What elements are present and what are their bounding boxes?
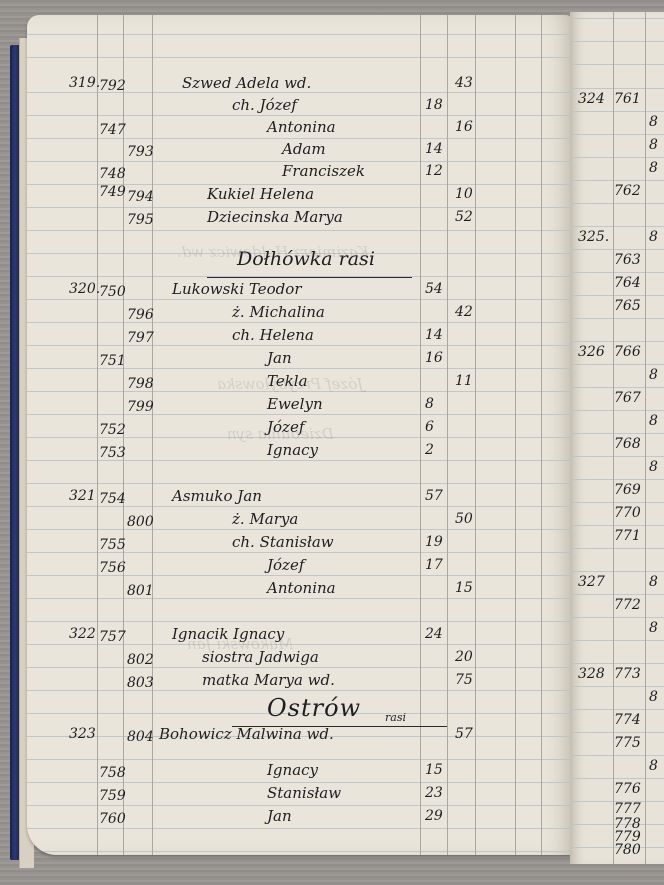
house-number: 323 (69, 725, 96, 743)
male-entry-number: 792 (99, 77, 126, 95)
entry-number: 770 (614, 504, 641, 522)
female-entry-number: 798 (127, 375, 154, 393)
entry-number: 776 (614, 780, 641, 798)
village-heading: Ostrów (267, 699, 361, 717)
entry-number-cut: 8 (649, 757, 658, 775)
male-entry-number: 759 (99, 787, 126, 805)
entry-number-cut: 8 (649, 458, 658, 476)
female-age: 57 (455, 725, 473, 743)
heading-underline (207, 277, 412, 278)
entry-number: 766 (614, 343, 641, 361)
male-age: 6 (425, 418, 434, 436)
female-entry-number: 796 (127, 306, 154, 324)
male-age: 16 (425, 349, 443, 367)
entry-number: 762 (614, 182, 641, 200)
house-number: 321 (69, 487, 96, 505)
male-age: 23 (425, 784, 443, 802)
entry-number: 772 (614, 596, 641, 614)
female-entry-number: 802 (127, 651, 154, 669)
village-heading-suffix: rasi (385, 709, 406, 727)
person-name: Ignacy (267, 441, 318, 459)
male-age: 18 (425, 96, 443, 114)
person-name: Asmuko Jan (172, 487, 262, 505)
female-age: 50 (455, 510, 473, 528)
column-rule (475, 15, 476, 855)
entry-number-cut: 8 (649, 688, 658, 706)
male-age: 19 (425, 533, 443, 551)
person-name: ż. Marya (232, 510, 298, 528)
entry-number-cut: 8 (649, 113, 658, 131)
person-name: ch. Józef (232, 96, 297, 114)
person-name: ch. Helena (232, 326, 314, 344)
entry-number-cut: 8 (649, 412, 658, 430)
male-age: 8 (425, 395, 434, 413)
male-age: 54 (425, 280, 443, 298)
male-entry-number: 747 (99, 121, 126, 139)
entry-number-cut: 8 (649, 228, 658, 246)
female-age: 42 (455, 303, 473, 321)
male-age: 17 (425, 556, 443, 574)
male-age: 15 (425, 761, 443, 779)
column-rule (645, 12, 646, 864)
entry-number: 771 (614, 527, 641, 545)
person-name: Tekla (267, 372, 308, 390)
house-number: 327 (578, 573, 605, 591)
entry-number-cut: 8 (649, 159, 658, 177)
female-entry-number: 799 (127, 398, 154, 416)
entry-number: 767 (614, 389, 641, 407)
male-age: 2 (425, 441, 434, 459)
person-name: Jan (267, 807, 292, 825)
house-number: 326 (578, 343, 605, 361)
left-ledger-page: Kazimierz Hołdowicz wd. Józef Przybyłows… (27, 15, 572, 855)
column-rule (515, 15, 516, 855)
person-name: Dziecinska Marya (207, 208, 343, 226)
village-heading: Dołhówka rasi (237, 250, 375, 268)
entry-number: 763 (614, 251, 641, 269)
column-rule (420, 15, 421, 855)
male-entry-number: 754 (99, 490, 126, 508)
female-age: 52 (455, 208, 473, 226)
female-entry-number: 793 (127, 143, 154, 161)
female-entry-number: 804 (127, 728, 154, 746)
house-number: 325. (578, 228, 609, 246)
person-name: Lukowski Teodor (172, 280, 302, 298)
female-entry-number: 801 (127, 582, 154, 600)
female-entry-number: 797 (127, 329, 154, 347)
person-name: Józef (267, 556, 304, 574)
female-age: 15 (455, 579, 473, 597)
male-entry-number: 760 (99, 810, 126, 828)
person-name: Ignacy (267, 761, 318, 779)
person-name: Bohowicz Malwina wd. (159, 725, 334, 743)
female-entry-number: 800 (127, 513, 154, 531)
entry-number: 765 (614, 297, 641, 315)
female-age: 20 (455, 648, 473, 666)
female-entry-number: 795 (127, 211, 154, 229)
person-name: siostra Jadwiga (202, 648, 319, 666)
male-entry-number: 749 (99, 183, 126, 201)
male-age: 29 (425, 807, 443, 825)
person-name: Antonina (267, 579, 336, 597)
male-entry-number: 757 (99, 628, 126, 646)
person-name: Adam (282, 140, 326, 158)
female-age: 10 (455, 185, 473, 203)
right-ledger-page: 324761888762325.876376476532676687678768… (570, 12, 664, 864)
house-number: 320. (69, 280, 100, 298)
male-entry-number: 752 (99, 421, 126, 439)
entry-number: 774 (614, 711, 641, 729)
entry-number-cut: 8 (649, 366, 658, 384)
male-entry-number: 750 (99, 283, 126, 301)
male-age: 24 (425, 625, 443, 643)
entry-number: 761 (614, 90, 641, 108)
column-rule (97, 15, 98, 855)
person-name: ż. Michalina (232, 303, 325, 321)
person-name: Antonina (267, 118, 336, 136)
entry-number: 775 (614, 734, 641, 752)
person-name: Jan (267, 349, 292, 367)
female-age: 43 (455, 74, 473, 92)
person-name: Stanisław (267, 784, 341, 802)
person-name: matka Marya wd. (202, 671, 335, 689)
person-name: Ewelyn (267, 395, 323, 413)
entry-number: 780 (614, 841, 641, 859)
entry-number: 773 (614, 665, 641, 683)
entry-number: 769 (614, 481, 641, 499)
female-age: 16 (455, 118, 473, 136)
person-name: Szwed Adela wd. (182, 74, 311, 92)
male-entry-number: 755 (99, 536, 126, 554)
person-name: Kukiel Helena (207, 185, 314, 203)
female-age: 11 (455, 372, 473, 390)
male-age: 14 (425, 140, 443, 158)
female-entry-number: 794 (127, 188, 154, 206)
entry-number: 764 (614, 274, 641, 292)
heading-underline (232, 726, 447, 727)
female-entry-number: 803 (127, 674, 154, 692)
person-name: Franciszek (282, 162, 365, 180)
female-age: 75 (455, 671, 473, 689)
male-entry-number: 758 (99, 764, 126, 782)
male-age: 57 (425, 487, 443, 505)
male-entry-number: 751 (99, 352, 126, 370)
male-age: 14 (425, 326, 443, 344)
male-entry-number: 753 (99, 444, 126, 462)
column-rule (541, 15, 542, 855)
male-age: 12 (425, 162, 443, 180)
house-number: 319. (69, 74, 100, 92)
person-name: Józef (267, 418, 304, 436)
entry-number-cut: 8 (649, 136, 658, 154)
entry-number-cut: 8 (649, 573, 658, 591)
male-entry-number: 756 (99, 559, 126, 577)
column-rule (447, 15, 448, 855)
house-number: 322 (69, 625, 96, 643)
entry-number-cut: 8 (649, 619, 658, 637)
house-number: 324 (578, 90, 605, 108)
person-name: ch. Stanisław (232, 533, 334, 551)
house-number: 328 (578, 665, 605, 683)
person-name: Ignacik Ignacy (172, 625, 284, 643)
male-entry-number: 748 (99, 165, 126, 183)
entry-number: 768 (614, 435, 641, 453)
